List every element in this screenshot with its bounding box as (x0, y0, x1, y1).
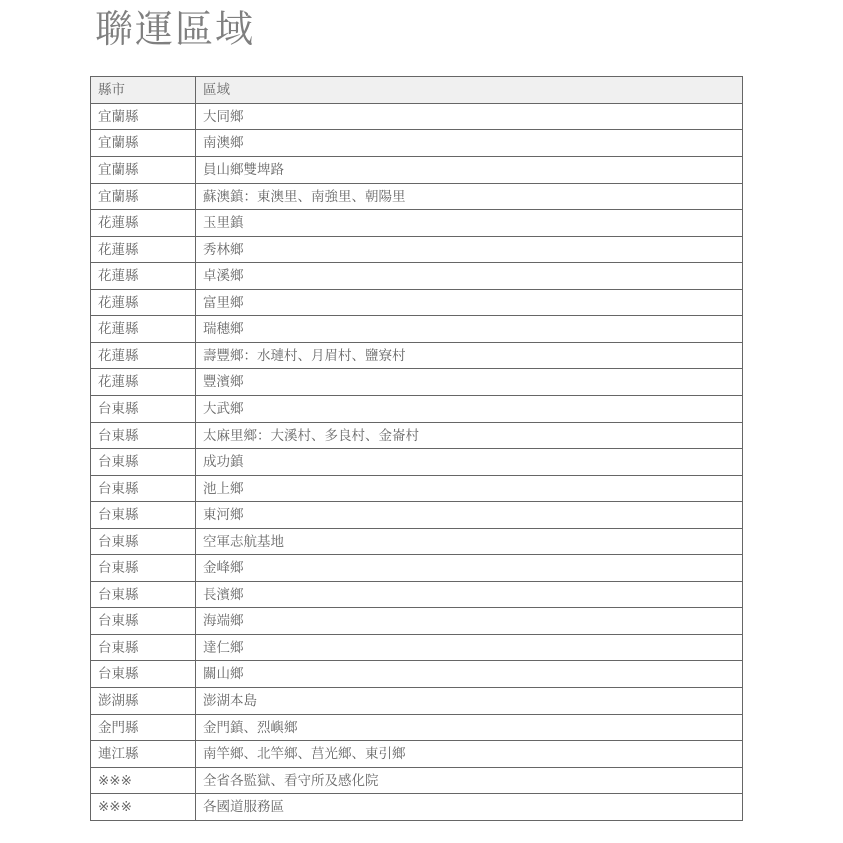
region-cell: 關山鄉 (196, 661, 743, 688)
region-cell: 蘇澳鎮：東澳里、南強里、朝陽里 (196, 183, 743, 210)
region-cell: 全省各監獄、看守所及感化院 (196, 767, 743, 794)
region-cell: 金門鎮、烈嶼鄉 (196, 714, 743, 741)
table-row: 花蓮縣富里鄉 (91, 289, 743, 316)
table-row: 台東縣池上鄉 (91, 475, 743, 502)
county-cell: 花蓮縣 (91, 263, 196, 290)
table-row: 花蓮縣卓溪鄉 (91, 263, 743, 290)
county-cell: 花蓮縣 (91, 342, 196, 369)
county-cell: 連江縣 (91, 741, 196, 768)
region-cell: 南澳鄉 (196, 130, 743, 157)
region-cell: 太麻里鄉：大溪村、多良村、金崙村 (196, 422, 743, 449)
table-row: 花蓮縣壽豐鄉：水璉村、月眉村、鹽寮村 (91, 342, 743, 369)
county-cell: 花蓮縣 (91, 236, 196, 263)
region-cell: 玉里鎮 (196, 210, 743, 237)
county-cell: 台東縣 (91, 475, 196, 502)
county-cell: 台東縣 (91, 661, 196, 688)
table-row: 台東縣關山鄉 (91, 661, 743, 688)
county-cell: 台東縣 (91, 634, 196, 661)
table-row: 台東縣東河鄉 (91, 502, 743, 529)
region-cell: 池上鄉 (196, 475, 743, 502)
region-cell: 空軍志航基地 (196, 528, 743, 555)
county-cell: 花蓮縣 (91, 316, 196, 343)
table-row: 宜蘭縣員山鄉雙埤路 (91, 157, 743, 184)
table-row: 台東縣金峰鄉 (91, 555, 743, 582)
county-cell: 宜蘭縣 (91, 183, 196, 210)
region-cell: 員山鄉雙埤路 (196, 157, 743, 184)
table-row: 台東縣空軍志航基地 (91, 528, 743, 555)
page: 聯運區域 縣市 區域 宜蘭縣大同鄉宜蘭縣南澳鄉宜蘭縣員山鄉雙埤路宜蘭縣蘇澳鎮：東… (0, 0, 843, 821)
county-cell: 宜蘭縣 (91, 157, 196, 184)
region-cell: 瑞穗鄉 (196, 316, 743, 343)
region-cell: 豐濱鄉 (196, 369, 743, 396)
county-cell: 宜蘭縣 (91, 130, 196, 157)
table-row: ※※※各國道服務區 (91, 794, 743, 821)
region-cell: 長濱鄉 (196, 581, 743, 608)
region-cell: 秀林鄉 (196, 236, 743, 263)
region-cell: 富里鄉 (196, 289, 743, 316)
table-row: 金門縣金門鎮、烈嶼鄉 (91, 714, 743, 741)
region-cell: 金峰鄉 (196, 555, 743, 582)
table-row: 連江縣南竿鄉、北竿鄉、莒光鄉、東引鄉 (91, 741, 743, 768)
county-cell: 宜蘭縣 (91, 103, 196, 130)
county-cell: 台東縣 (91, 422, 196, 449)
header-row: 縣市 區域 (91, 77, 743, 104)
table-row: 花蓮縣玉里鎮 (91, 210, 743, 237)
county-cell: ※※※ (91, 794, 196, 821)
county-cell: 台東縣 (91, 528, 196, 555)
table-row: 台東縣太麻里鄉：大溪村、多良村、金崙村 (91, 422, 743, 449)
region-table-body: 宜蘭縣大同鄉宜蘭縣南澳鄉宜蘭縣員山鄉雙埤路宜蘭縣蘇澳鎮：東澳里、南強里、朝陽里花… (91, 103, 743, 820)
region-cell: 卓溪鄉 (196, 263, 743, 290)
table-row: 台東縣成功鎮 (91, 449, 743, 476)
table-row: 台東縣海端鄉 (91, 608, 743, 635)
table-row: 宜蘭縣大同鄉 (91, 103, 743, 130)
county-cell: 花蓮縣 (91, 210, 196, 237)
county-cell: 金門縣 (91, 714, 196, 741)
table-row: 花蓮縣瑞穗鄉 (91, 316, 743, 343)
region-cell: 壽豐鄉：水璉村、月眉村、鹽寮村 (196, 342, 743, 369)
region-cell: 成功鎮 (196, 449, 743, 476)
county-cell: ※※※ (91, 767, 196, 794)
table-row: 宜蘭縣蘇澳鎮：東澳里、南強里、朝陽里 (91, 183, 743, 210)
region-cell: 大武鄉 (196, 395, 743, 422)
column-header-region: 區域 (196, 77, 743, 104)
column-header-county: 縣市 (91, 77, 196, 104)
region-cell: 澎湖本島 (196, 687, 743, 714)
region-table-head: 縣市 區域 (91, 77, 743, 104)
table-row: 澎湖縣澎湖本島 (91, 687, 743, 714)
county-cell: 台東縣 (91, 395, 196, 422)
county-cell: 台東縣 (91, 608, 196, 635)
county-cell: 花蓮縣 (91, 369, 196, 396)
county-cell: 澎湖縣 (91, 687, 196, 714)
county-cell: 台東縣 (91, 502, 196, 529)
table-row: 台東縣長濱鄉 (91, 581, 743, 608)
region-cell: 海端鄉 (196, 608, 743, 635)
page-title: 聯運區域 (95, 6, 743, 55)
region-table: 縣市 區域 宜蘭縣大同鄉宜蘭縣南澳鄉宜蘭縣員山鄉雙埤路宜蘭縣蘇澳鎮：東澳里、南強… (90, 76, 743, 820)
region-cell: 東河鄉 (196, 502, 743, 529)
table-row: 宜蘭縣南澳鄉 (91, 130, 743, 157)
table-row: 台東縣大武鄉 (91, 395, 743, 422)
table-row: 花蓮縣秀林鄉 (91, 236, 743, 263)
region-cell: 南竿鄉、北竿鄉、莒光鄉、東引鄉 (196, 741, 743, 768)
table-row: ※※※全省各監獄、看守所及感化院 (91, 767, 743, 794)
table-row: 花蓮縣豐濱鄉 (91, 369, 743, 396)
county-cell: 台東縣 (91, 555, 196, 582)
table-row: 台東縣達仁鄉 (91, 634, 743, 661)
region-cell: 大同鄉 (196, 103, 743, 130)
region-cell: 達仁鄉 (196, 634, 743, 661)
region-cell: 各國道服務區 (196, 794, 743, 821)
county-cell: 台東縣 (91, 449, 196, 476)
county-cell: 台東縣 (91, 581, 196, 608)
county-cell: 花蓮縣 (91, 289, 196, 316)
